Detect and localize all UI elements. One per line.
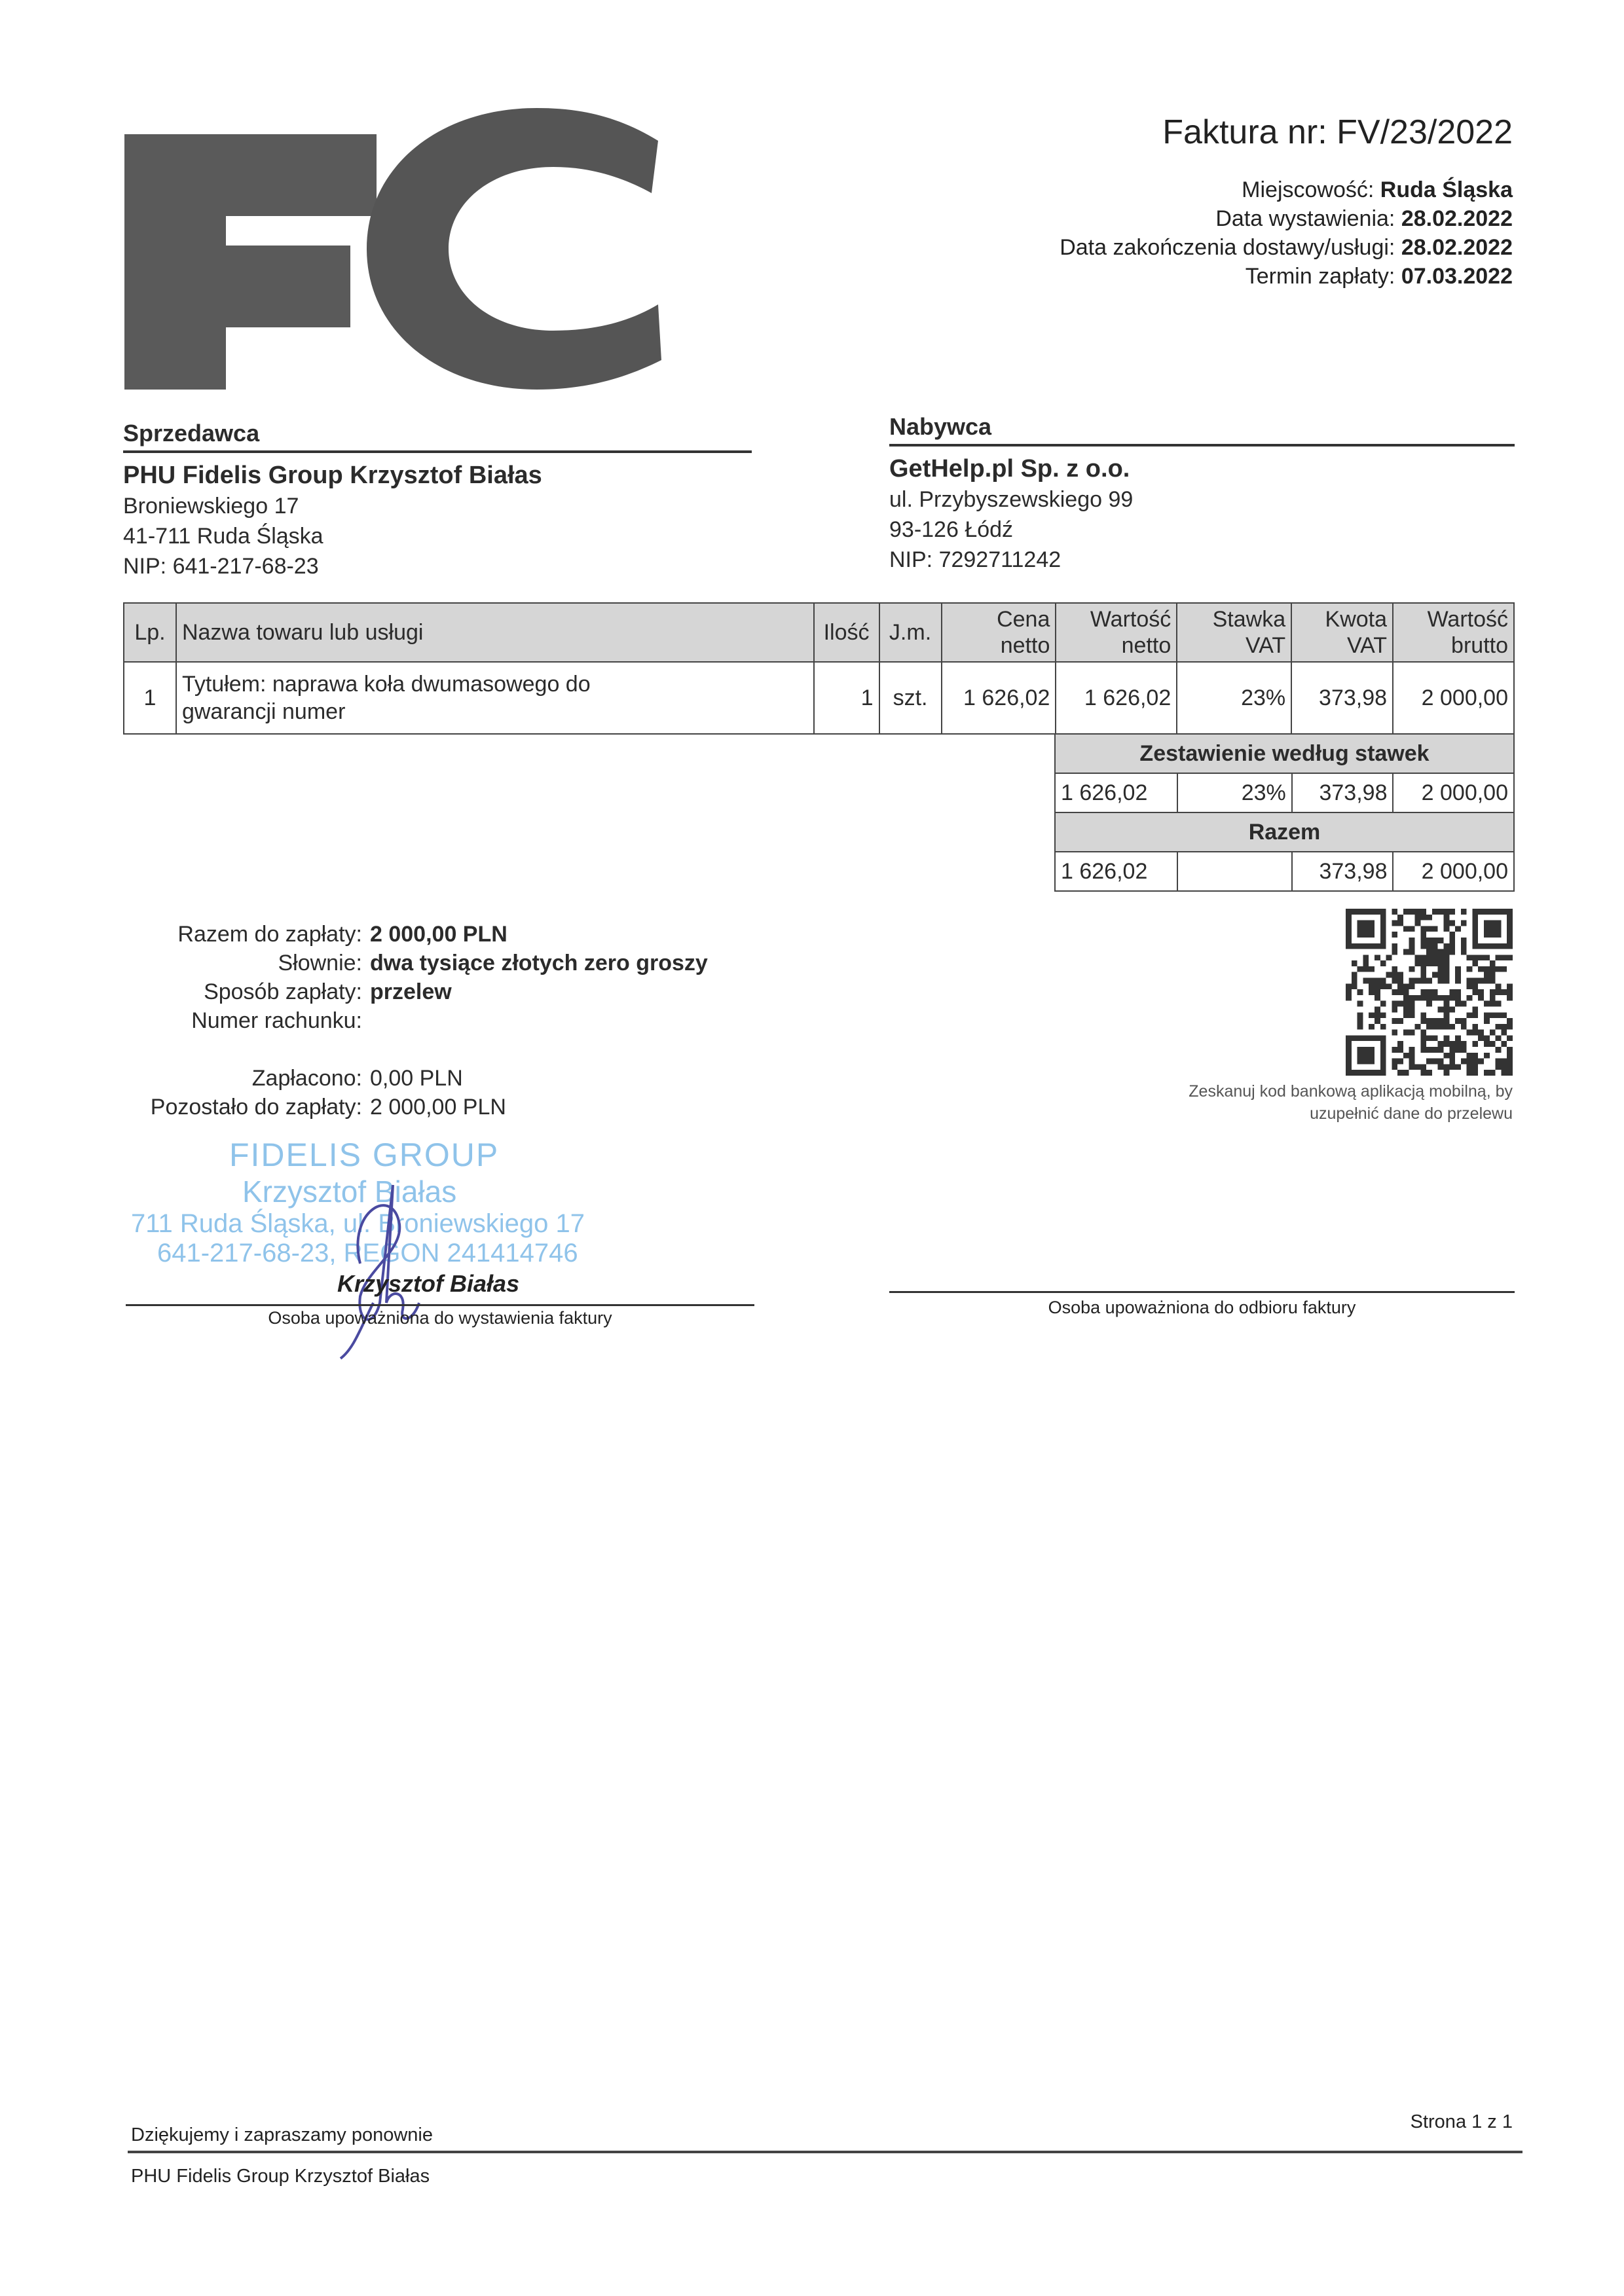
row-gross-value: 2 000,00 — [1393, 662, 1514, 734]
summary-total-row: 1 626,02 373,98 2 000,00 — [1055, 852, 1514, 891]
row-qty: 1 — [814, 662, 879, 734]
invoice-meta: Miejscowość: Ruda Śląska Data wystawieni… — [1060, 175, 1513, 291]
logo-f-mid — [124, 246, 350, 327]
items-header-row: Lp. Nazwa towaru lub usługi Ilość J.m. C… — [124, 603, 1514, 662]
table-row: 1 Tytułem: naprawa koła dwumasowego do g… — [124, 662, 1514, 734]
invoice-title: Faktura nr: FV/23/2022 — [1162, 113, 1513, 152]
buyer-city: 93-126 Łódź — [889, 515, 1515, 545]
seller-heading: Sprzedawca — [123, 419, 752, 448]
buyer-heading: Nabywca — [889, 412, 1515, 441]
meta-due-date: Termin zapłaty: 07.03.2022 — [1060, 262, 1513, 291]
summary-by-rate-heading-row: Zestawienie według stawek — [1055, 734, 1514, 773]
qr-code-icon — [1346, 909, 1513, 1076]
handwritten-signature-icon — [321, 1172, 465, 1362]
buyer-block: Nabywca GetHelp.pl Sp. z o.o. ul. Przyby… — [889, 412, 1515, 575]
row-vat-rate: 23% — [1177, 662, 1291, 734]
receiver-caption: Osoba upoważniona do odbioru faktury — [889, 1298, 1515, 1318]
summary-rate-gross: 2 000,00 — [1393, 773, 1514, 812]
buyer-nip: NIP: 7292711242 — [889, 545, 1515, 575]
col-net-value: Wartośćnetto — [1056, 603, 1177, 662]
seller-divider — [123, 450, 752, 453]
col-qty: Ilość — [814, 603, 879, 662]
row-name: Tytułem: naprawa koła dwumasowego do gwa… — [176, 662, 814, 734]
summary-total-vat: 373,98 — [1292, 852, 1393, 891]
summary-by-rate-heading: Zestawienie według stawek — [1055, 734, 1514, 773]
signer-name: Krzysztof Białas — [337, 1270, 519, 1298]
payment-in-words: Słownie: dwa tysiące złotych zero groszy — [123, 949, 778, 977]
summary-by-rate-row: 1 626,02 23% 373,98 2 000,00 — [1055, 773, 1514, 812]
vat-summary-table: Zestawienie według stawek 1 626,02 23% 3… — [1054, 733, 1515, 892]
footer-divider — [128, 2151, 1522, 2153]
meta-delivery-date: Data zakończenia dostawy/usługi: 28.02.2… — [1060, 233, 1513, 262]
seller-nip: NIP: 641-217-68-23 — [123, 551, 752, 581]
footer-page-number: Strona 1 z 1 — [1411, 2111, 1513, 2133]
row-unit: szt. — [879, 662, 942, 734]
col-gross-value: Wartośćbrutto — [1393, 603, 1514, 662]
seller-street: Broniewskiego 17 — [123, 491, 752, 521]
issuer-caption: Osoba upoważniona do wystawienia faktury — [126, 1308, 754, 1328]
seller-block: Sprzedawca PHU Fidelis Group Krzysztof B… — [123, 419, 752, 581]
summary-rate-vat: 373,98 — [1292, 773, 1393, 812]
footer-company: PHU Fidelis Group Krzysztof Białas — [131, 2166, 430, 2187]
items-table: Lp. Nazwa towaru lub usługi Ilość J.m. C… — [123, 602, 1515, 735]
summary-total-rate — [1177, 852, 1291, 891]
footer-thanks: Dziękujemy i zapraszamy ponownie — [131, 2124, 433, 2146]
buyer-divider — [889, 444, 1515, 446]
payment-method: Sposób zapłaty: przelew — [123, 977, 778, 1006]
payment-paid: Zapłacono: 0,00 PLN — [123, 1064, 778, 1093]
buyer-name: GetHelp.pl Sp. z o.o. — [889, 453, 1515, 484]
summary-total-net: 1 626,02 — [1055, 852, 1177, 891]
qr-caption: Zeskanuj kod bankową aplikacją mobilną, … — [1189, 1080, 1513, 1125]
stamp-line-1: FIDELIS GROUP — [131, 1136, 655, 1174]
row-lp: 1 — [124, 662, 176, 734]
row-vat-amount: 373,98 — [1291, 662, 1393, 734]
col-net-price: Cenanetto — [942, 603, 1056, 662]
payment-total: Razem do zapłaty: 2 000,00 PLN — [123, 920, 778, 949]
col-vat-amount: KwotaVAT — [1291, 603, 1393, 662]
col-unit: J.m. — [879, 603, 942, 662]
issuer-signature-line — [126, 1304, 754, 1306]
summary-rate-vat-rate: 23% — [1177, 773, 1291, 812]
buyer-street: ul. Przybyszewskiego 99 — [889, 484, 1515, 515]
col-vat-rate: StawkaVAT — [1177, 603, 1291, 662]
col-lp: Lp. — [124, 603, 176, 662]
col-name: Nazwa towaru lub usługi — [176, 603, 814, 662]
seller-city: 41-711 Ruda Śląska — [123, 521, 752, 551]
meta-issue-date: Data wystawienia: 28.02.2022 — [1060, 204, 1513, 233]
meta-place: Miejscowość: Ruda Śląska — [1060, 175, 1513, 204]
seller-name: PHU Fidelis Group Krzysztof Białas — [123, 460, 752, 491]
row-net-value: 1 626,02 — [1056, 662, 1177, 734]
logo-c-letter — [327, 108, 668, 390]
payment-account: Numer rachunku: — [123, 1006, 778, 1035]
summary-total-gross: 2 000,00 — [1393, 852, 1514, 891]
payment-summary: Razem do zapłaty: 2 000,00 PLN Słownie: … — [123, 920, 778, 1121]
payment-remaining: Pozostało do zapłaty: 2 000,00 PLN — [123, 1093, 778, 1121]
row-net-price: 1 626,02 — [942, 662, 1056, 734]
summary-total-heading-row: Razem — [1055, 812, 1514, 852]
receiver-signature-line — [889, 1291, 1515, 1293]
summary-rate-net: 1 626,02 — [1055, 773, 1177, 812]
company-logo — [124, 105, 668, 393]
summary-total-heading: Razem — [1055, 812, 1514, 852]
